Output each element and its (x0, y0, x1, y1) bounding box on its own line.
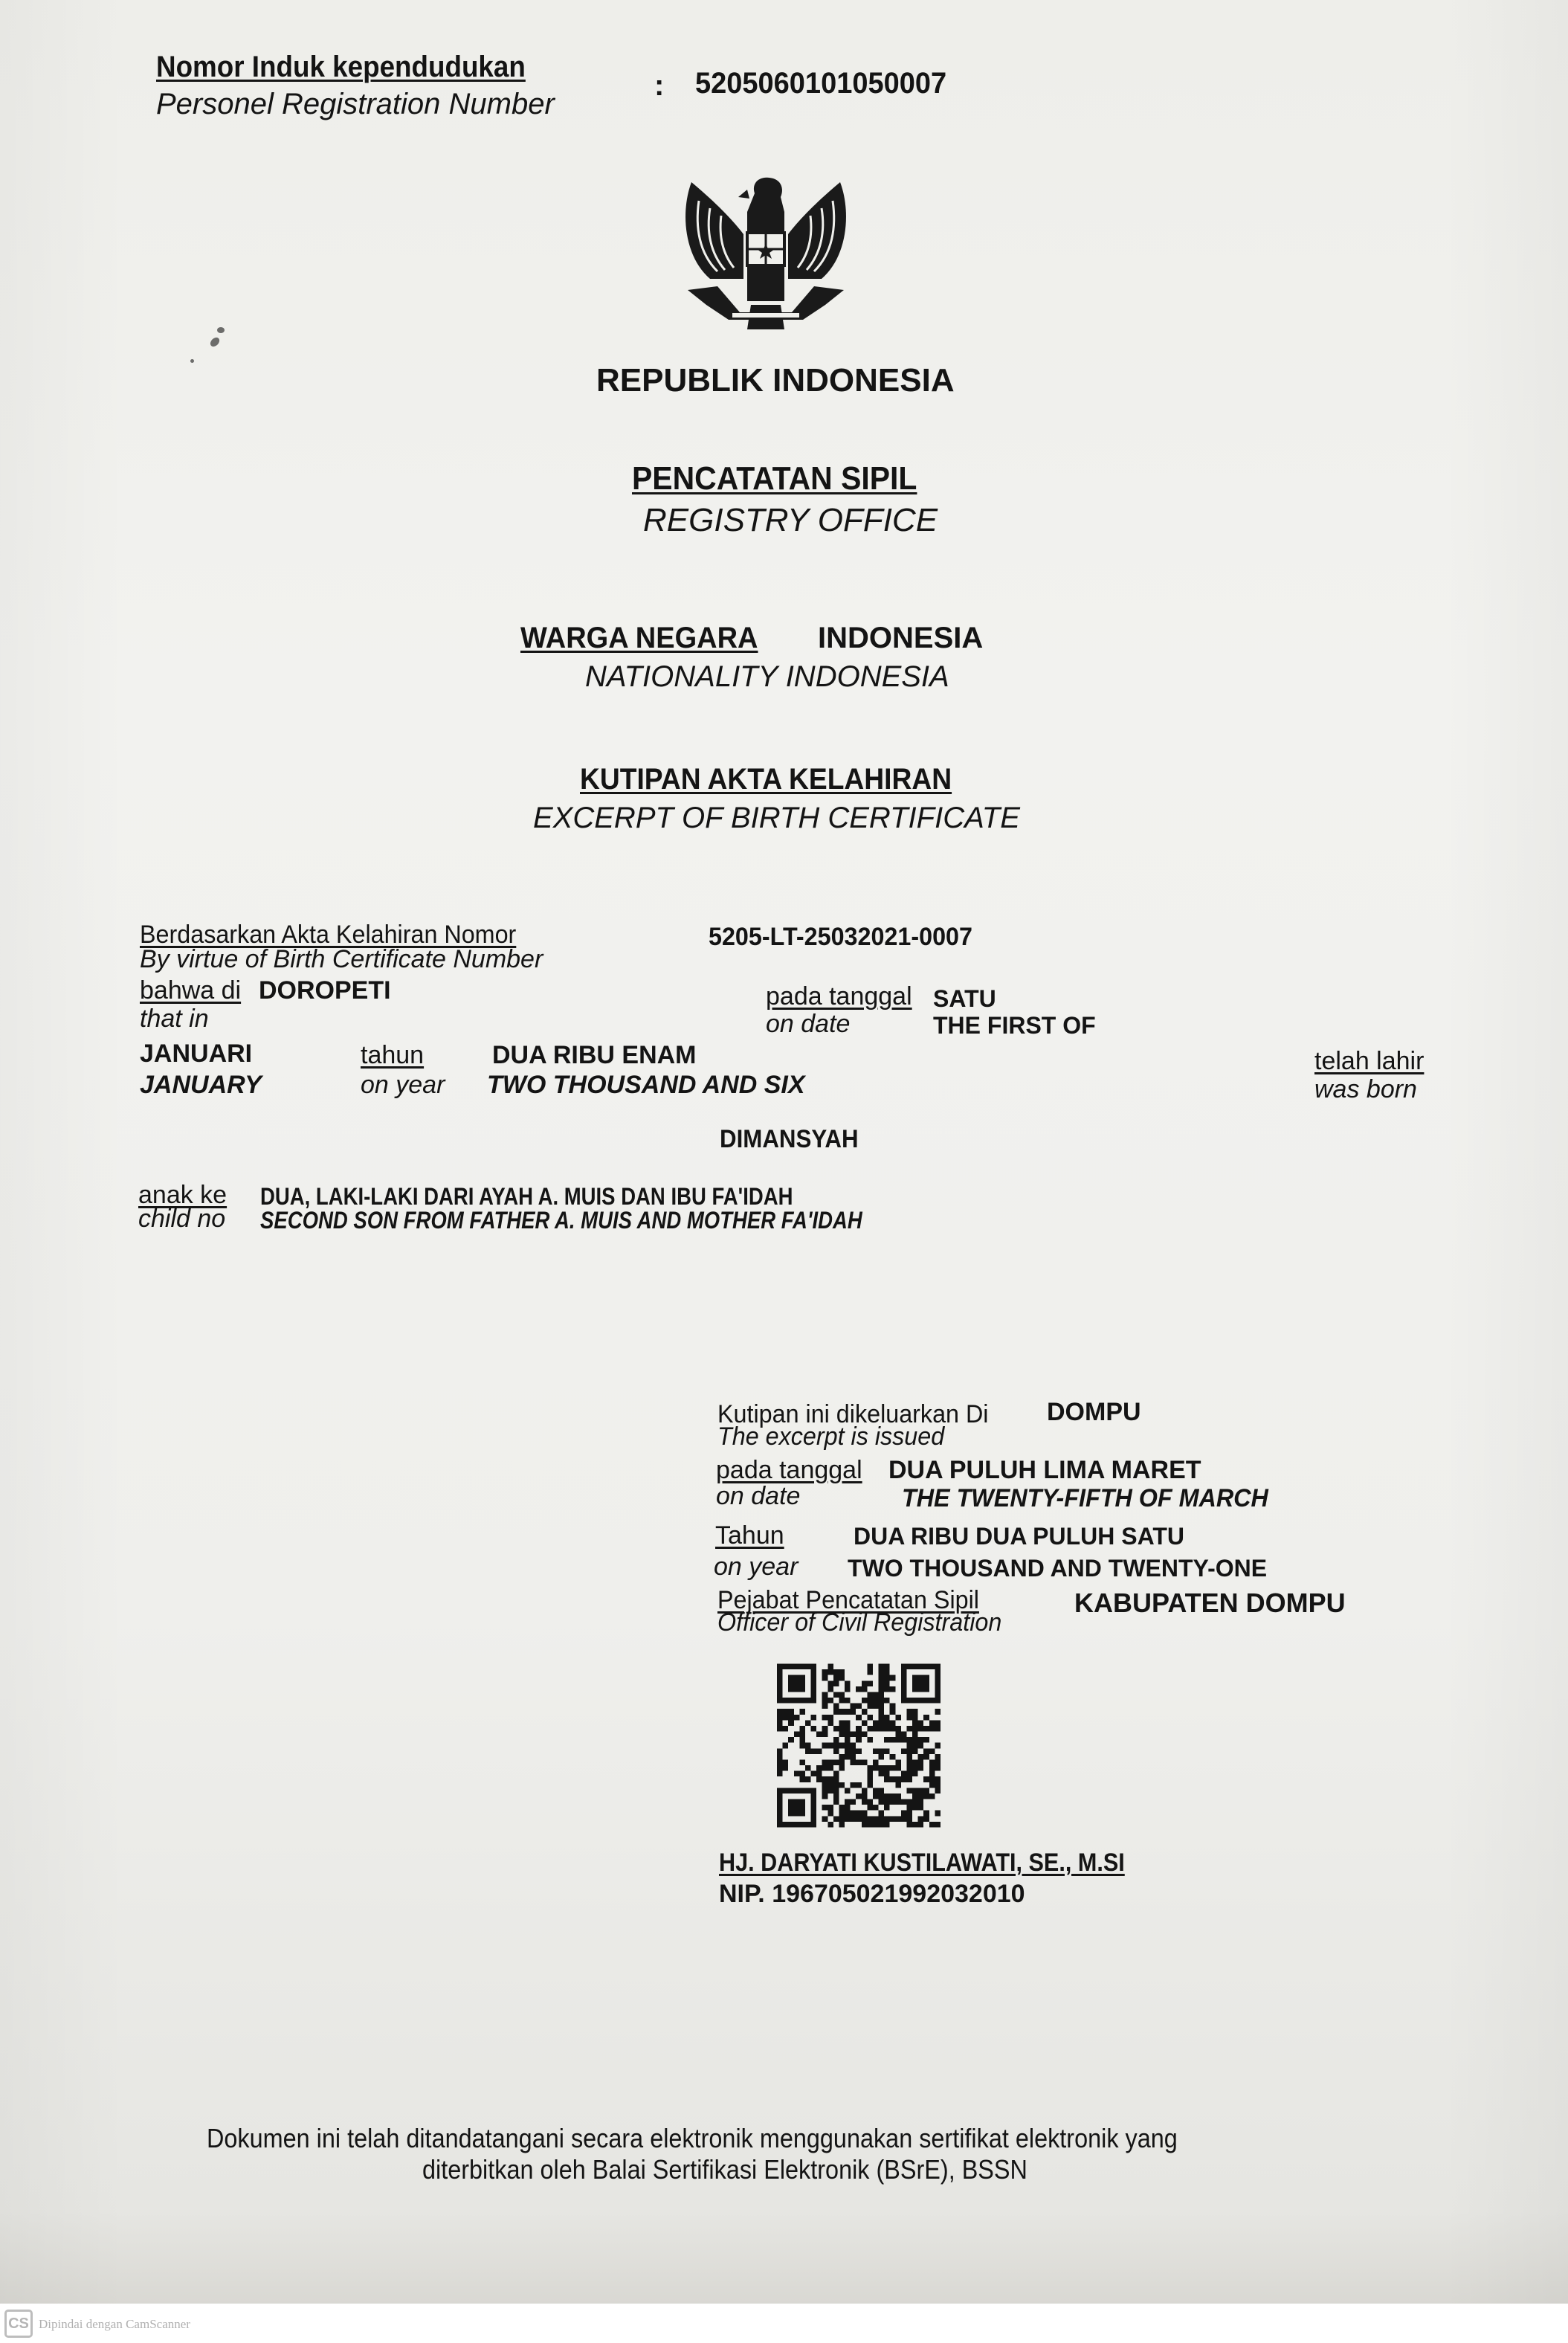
signatory-name: HJ. DARYATI KUSTILAWATI, SE., M.SI (719, 1850, 1125, 1875)
country-title: REPUBLIK INDONESIA (596, 364, 955, 397)
birth-date-label-en: on date (766, 1011, 850, 1037)
nik-separator: : (654, 71, 664, 100)
nationality-en: NATIONALITY INDONESIA (585, 662, 949, 692)
birth-year-label-en: on year (361, 1072, 445, 1098)
office-title-id: PENCATATAN SIPIL (632, 463, 917, 495)
nik-label-en: Personel Registration Number (156, 89, 555, 119)
camscanner-watermark-text: Dipindai dengan CamScanner (39, 2317, 190, 2332)
born-label-id: telah lahir (1314, 1048, 1424, 1074)
nationality-value-id: INDONESIA (818, 623, 983, 653)
issue-year-value-en: TWO THOUSAND AND TWENTY-ONE (848, 1556, 1267, 1580)
officer-label-en: Officer of Civil Registration (717, 1610, 1001, 1635)
esign-note-line1: Dokumen ini telah ditandatangani secara … (207, 2125, 1178, 2152)
signatory-nip: NIP. 196705021992032010 (719, 1881, 1025, 1907)
birth-date-value-en: THE FIRST OF (933, 1013, 1096, 1037)
birth-date-value-id: SATU (933, 987, 996, 1011)
birth-year-value-id: DUA RIBU ENAM (492, 1042, 697, 1068)
issue-date-value-en: THE TWENTY-FIFTH OF MARCH (902, 1486, 1268, 1511)
birth-date-label-id: pada tanggal (766, 984, 912, 1009)
issued-label-en: The excerpt is issued (717, 1424, 944, 1449)
issue-year-label-id: Tahun (715, 1523, 784, 1548)
cert-label-id: Berdasarkan Akta Kelahiran Nomor (140, 922, 516, 947)
doc-title-id: KUTIPAN AKTA KELAHIRAN (580, 764, 952, 794)
birth-year-label-id: tahun (361, 1042, 424, 1068)
cert-label-en: By virtue of Birth Certificate Number (140, 947, 543, 972)
nationality-label-id: WARGA NEGARA (520, 623, 758, 653)
place-label-id: bahwa di (140, 978, 241, 1003)
birth-month-en: JANUARY (140, 1072, 262, 1098)
nik-label-id: Nomor Induk kependudukan (156, 52, 526, 82)
officer-region: KABUPATEN DOMPU (1074, 1590, 1346, 1617)
child-order-value-en: SECOND SON FROM FATHER A. MUIS AND MOTHE… (260, 1208, 862, 1232)
issue-year-value-id: DUA RIBU DUA PULUH SATU (854, 1524, 1184, 1548)
child-name: DIMANSYAH (720, 1127, 859, 1152)
issue-date-value-id: DUA PULUH LIMA MARET (888, 1457, 1201, 1483)
garuda-emblem-icon (673, 167, 859, 338)
camscanner-logo-icon: CS (4, 2310, 33, 2338)
paper-speck (217, 327, 225, 333)
birth-month-id: JANUARI (140, 1041, 252, 1066)
issue-date-label-id: pada tanggal (716, 1457, 862, 1483)
esign-note-line2: diterbitkan oleh Balai Sertifikasi Elekt… (422, 2156, 1027, 2183)
child-order-label-en: child no (138, 1206, 225, 1231)
place-value: DOROPETI (259, 978, 391, 1003)
nik-value: 5205060101050007 (695, 68, 946, 98)
paper-speck (190, 359, 194, 363)
issue-date-label-en: on date (716, 1483, 800, 1509)
scanner-footer (0, 2304, 1568, 2343)
child-order-label-id: anak ke (138, 1182, 227, 1208)
place-label-en: that in (140, 1006, 209, 1031)
office-title-en: REGISTRY OFFICE (643, 504, 938, 537)
child-order-value-id: DUA, LAKI-LAKI DARI AYAH A. MUIS DAN IBU… (260, 1185, 793, 1208)
birth-year-value-en: TWO THOUSAND AND SIX (487, 1072, 805, 1098)
cert-number: 5205-LT-25032021-0007 (709, 924, 972, 950)
doc-title-en: EXCERPT OF BIRTH CERTIFICATE (533, 803, 1020, 833)
born-label-en: was born (1314, 1077, 1417, 1102)
issue-year-label-en: on year (714, 1554, 798, 1579)
qr-code-icon[interactable] (777, 1662, 941, 1829)
issued-place: DOMPU (1047, 1399, 1141, 1425)
